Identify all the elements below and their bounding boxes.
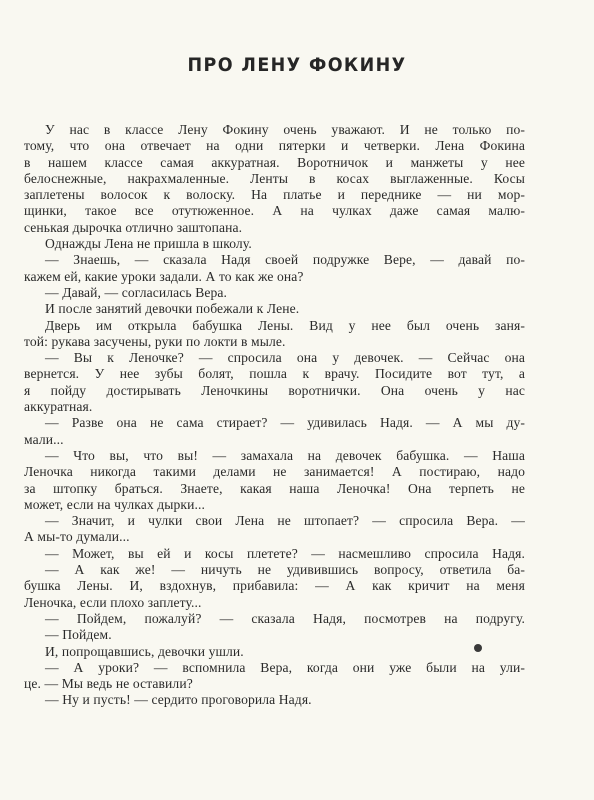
text-line: щинки, такое все отутюженное. А на чулка… (24, 203, 525, 219)
text-line: И после занятий девочки побежали к Лене. (24, 301, 525, 317)
text-line: я пойду достирывать Леночкины воротнички… (24, 383, 525, 399)
text-line: — Что вы, что вы! — замахала на девочек … (24, 448, 525, 464)
text-line: — Разве она не сама стирает? — удивилась… (24, 415, 525, 431)
text-line: — А как же! — ничуть не удивившись вопро… (24, 562, 525, 578)
text-line: У нас в классе Лену Фокину очень уважают… (24, 122, 525, 138)
text-line: — Вы к Леночке? — спросила она у девочек… (24, 350, 525, 366)
text-line: в нашем классе самая аккуратная. Воротни… (24, 155, 525, 171)
text-line: белоснежные, накрахмаленные. Ленты в кос… (24, 171, 525, 187)
text-line: мали... (24, 432, 525, 448)
text-line: А мы-то думали... (24, 529, 525, 545)
text-line: — Знаешь, — сказала Надя своей подружке … (24, 252, 525, 268)
text-line: за штопку браться. Знаете, какая наша Ле… (24, 481, 525, 497)
text-line: И, попрощавшись, девочки ушли. (24, 644, 525, 660)
text-line: тому, что она отвечает на одни пятерки и… (24, 138, 525, 154)
text-line: вернется. У нее зубы болят, пошла к врач… (24, 366, 525, 382)
text-line: Дверь им открыла бабушка Лены. Вид у нее… (24, 318, 525, 334)
text-line: — Давай, — согласилась Вера. (24, 285, 525, 301)
text-line: Леночка, если плохо заплету... (24, 595, 525, 611)
page-title: ПРО ЛЕНУ ФОКИНУ (24, 54, 570, 76)
text-line: — Ну и пусть! — сердито проговорила Надя… (24, 692, 525, 708)
text-line: может, если на чулках дырки... (24, 497, 525, 513)
text-line: Леночка никогда такими делами не занимае… (24, 464, 525, 480)
text-line: сенькая дырочка отлично заштопана. (24, 220, 525, 236)
text-line: заплетены волосок к волоску. На платье и… (24, 187, 525, 203)
text-line: — Пойдем, пожалуй? — сказала Надя, посмо… (24, 611, 525, 627)
text-line: кажем ей, какие уроки задали. А то как ж… (24, 269, 525, 285)
text-line: це. — Мы ведь не оставили? (24, 676, 525, 692)
text-line: — Значит, и чулки свои Лена не штопает? … (24, 513, 525, 529)
text-line: — Пойдем. (24, 627, 525, 643)
text-line: бушка Лены. И, вздохнув, прибавила: — А … (24, 578, 525, 594)
text-line: Однажды Лена не пришла в школу. (24, 236, 525, 252)
story-body: У нас в классе Лену Фокину очень уважают… (24, 122, 525, 709)
text-line: — А уроки? — вспомнила Вера, когда они у… (24, 660, 525, 676)
text-line: аккуратная. (24, 399, 525, 415)
text-line: — Может, вы ей и косы плетете? — насмешл… (24, 546, 525, 562)
end-mark-icon (474, 644, 482, 652)
text-line: той: рукава засучены, руки по локти в мы… (24, 334, 525, 350)
